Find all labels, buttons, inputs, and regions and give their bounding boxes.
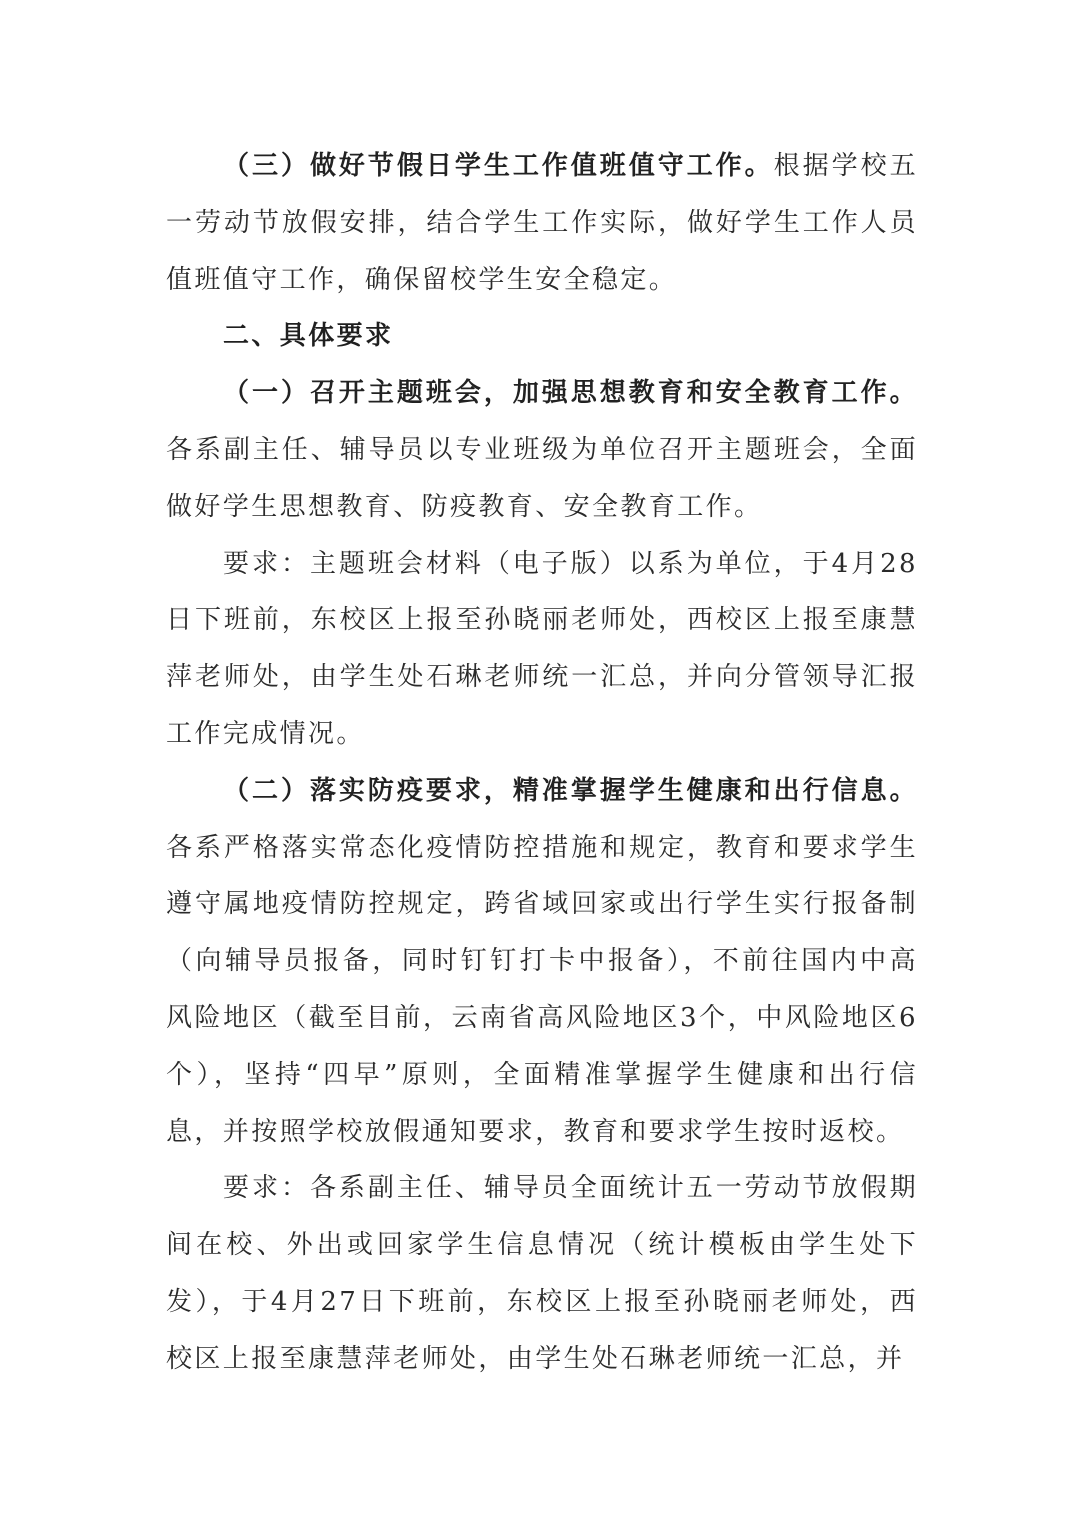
- paragraph-epidemic-prevention: （二）落实防疫要求，精准掌握学生健康和出行信息。各系严格落实常态化疫情防控措施和…: [166, 763, 918, 1161]
- document-page: （三）做好节假日学生工作值班值守工作。根据学校五一劳动节放假安排，结合学生工作实…: [166, 138, 918, 1388]
- subsection-title: （三）做好节假日学生工作值班值守工作。: [223, 151, 774, 181]
- paragraph-text: 各系副主任、辅导员以专业班级为单位召开主题班会，全面做好学生思想教育、防疫教育、…: [166, 435, 918, 522]
- paragraph-holiday-duty: （三）做好节假日学生工作值班值守工作。根据学校五一劳动节放假安排，结合学生工作实…: [166, 138, 918, 308]
- subsection-title: （一）召开主题班会，加强思想教育和安全教育工作。: [223, 378, 918, 408]
- paragraph-text: 各系严格落实常态化疫情防控措施和规定，教育和要求学生遵守属地疫情防控规定，跨省域…: [166, 833, 918, 1147]
- paragraph-theme-class-meeting: （一）召开主题班会，加强思想教育和安全教育工作。各系副主任、辅导员以专业班级为单…: [166, 365, 918, 535]
- subsection-title: （二）落实防疫要求，精准掌握学生健康和出行信息。: [223, 776, 918, 806]
- section-heading-specific-requirements: 二、具体要求: [166, 308, 918, 365]
- paragraph-requirement-student-info: 要求：各系副主任、辅导员全面统计五一劳动节放假期间在校、外出或回家学生信息情况（…: [166, 1160, 918, 1387]
- paragraph-requirement-class-meeting: 要求：主题班会材料（电子版）以系为单位，于4月28日下班前，东校区上报至孙晓丽老…: [166, 536, 918, 763]
